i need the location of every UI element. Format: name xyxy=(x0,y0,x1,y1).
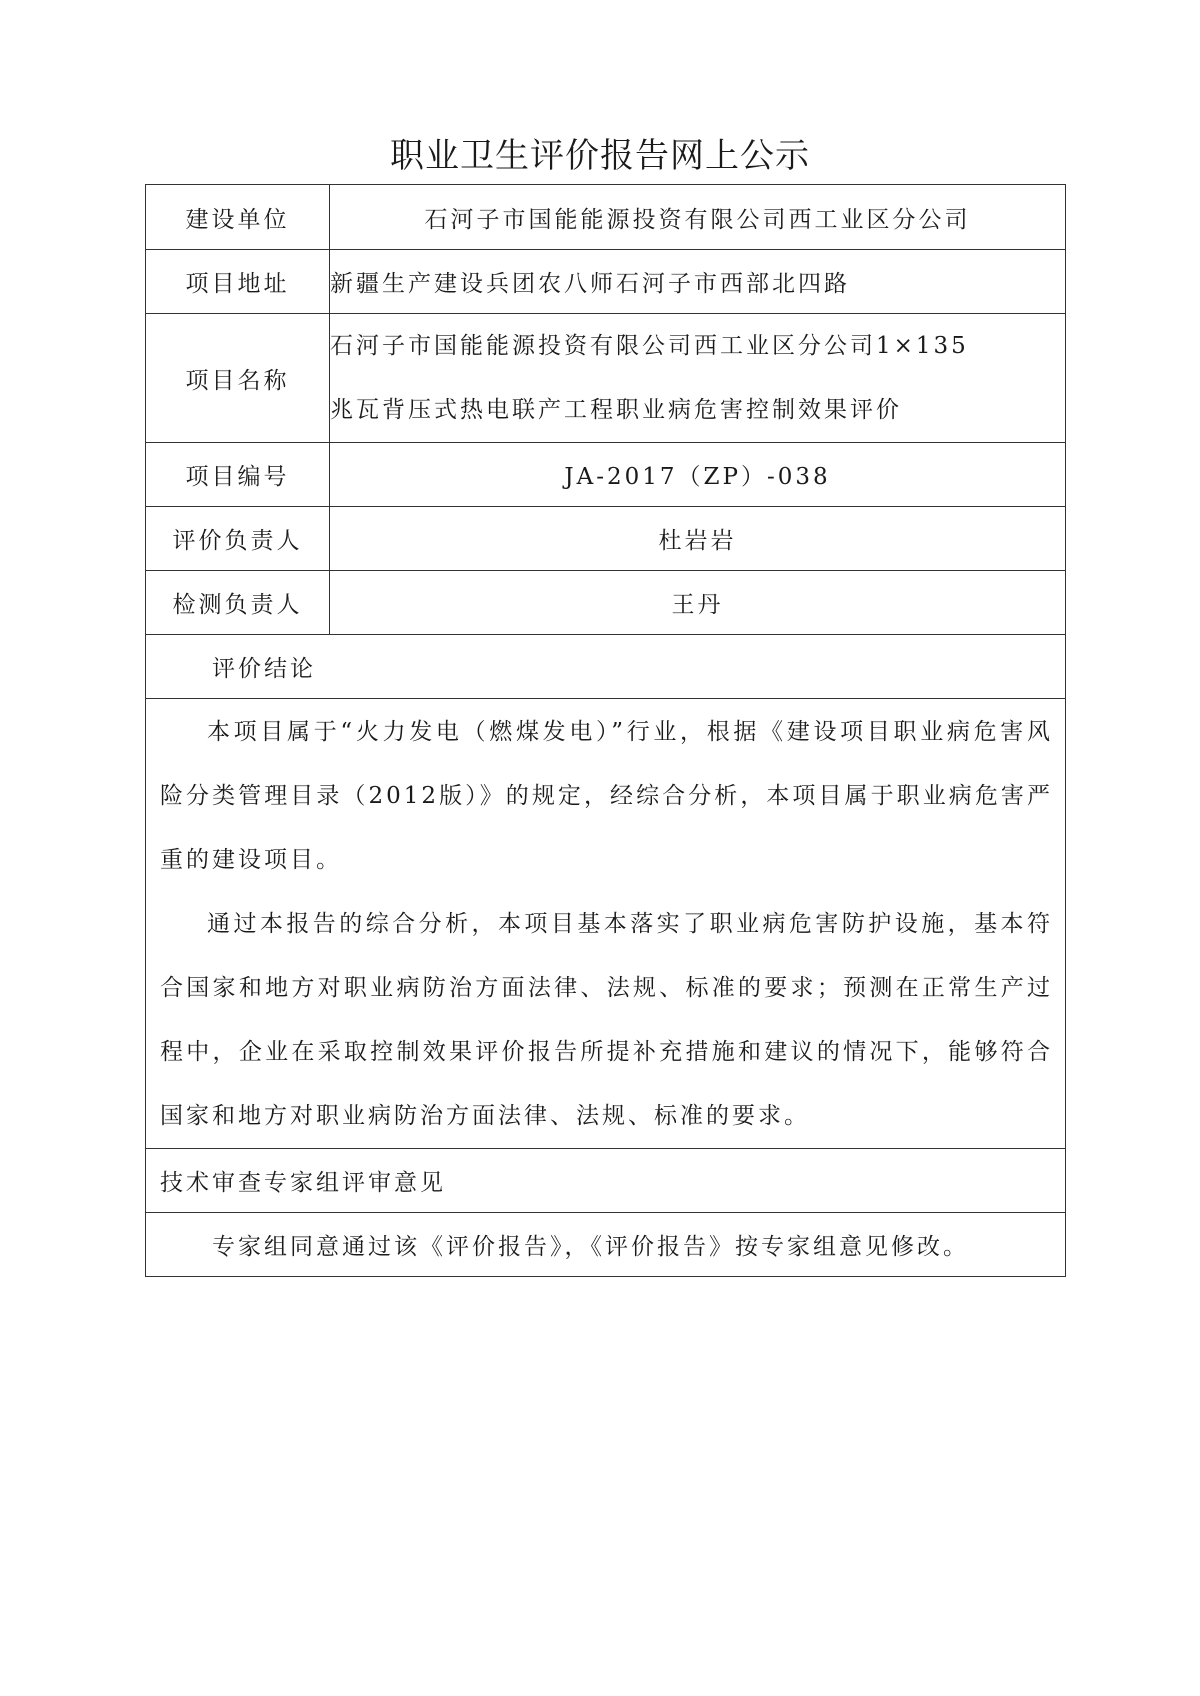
project-name-line-1: 石河子市国能能源投资有限公司西工业区分公司1×135 xyxy=(330,314,1065,378)
row-label: 项目名称 xyxy=(146,314,330,443)
table-row-project-number: 项目编号 JA-2017（ZP）-038 xyxy=(146,443,1066,507)
testing-lead-value: 王丹 xyxy=(330,571,1066,635)
project-name-line-2: 兆瓦背压式热电联产工程职业病危害控制效果评价 xyxy=(330,378,1065,442)
expert-review-heading: 技术审查专家组评审意见 xyxy=(146,1149,1066,1213)
construction-unit-value: 石河子市国能能源投资有限公司西工业区分公司 xyxy=(330,185,1066,250)
expert-review-text: 专家组同意通过该《评价报告》，《评价报告》按专家组意见修改。 xyxy=(146,1213,1066,1277)
table-row-conclusion-heading: 评价结论 xyxy=(146,635,1066,699)
disclosure-table: 建设单位 石河子市国能能源投资有限公司西工业区分公司 项目地址 新疆生产建设兵团… xyxy=(145,184,1066,1277)
row-label: 建设单位 xyxy=(146,185,330,250)
row-label: 项目编号 xyxy=(146,443,330,507)
table-row-expert-heading: 技术审查专家组评审意见 xyxy=(146,1149,1066,1213)
table-row-evaluation-lead: 评价负责人 杜岩岩 xyxy=(146,507,1066,571)
conclusion-body: 本项目属于“火力发电（燃煤发电）”行业，根据《建设项目职业病危害风险分类管理目录… xyxy=(146,699,1066,1149)
document-title: 职业卫生评价报告网上公示 xyxy=(0,128,1200,177)
table-row-project-name: 项目名称 石河子市国能能源投资有限公司西工业区分公司1×135 兆瓦背压式热电联… xyxy=(146,314,1066,443)
evaluation-lead-value: 杜岩岩 xyxy=(330,507,1066,571)
project-name-value: 石河子市国能能源投资有限公司西工业区分公司1×135 兆瓦背压式热电联产工程职业… xyxy=(330,314,1066,443)
table-row-project-address: 项目地址 新疆生产建设兵团农八师石河子市西部北四路 xyxy=(146,250,1066,314)
row-label: 检测负责人 xyxy=(146,571,330,635)
project-address-value: 新疆生产建设兵团农八师石河子市西部北四路 xyxy=(330,250,1066,314)
row-label: 评价负责人 xyxy=(146,507,330,571)
table-row-testing-lead: 检测负责人 王丹 xyxy=(146,571,1066,635)
conclusion-paragraph: 本项目属于“火力发电（燃煤发电）”行业，根据《建设项目职业病危害风险分类管理目录… xyxy=(146,700,1065,892)
table-row-construction-unit: 建设单位 石河子市国能能源投资有限公司西工业区分公司 xyxy=(146,185,1066,250)
table-row-conclusion-body: 本项目属于“火力发电（燃煤发电）”行业，根据《建设项目职业病危害风险分类管理目录… xyxy=(146,699,1066,1149)
conclusion-heading: 评价结论 xyxy=(146,635,1066,699)
row-label: 项目地址 xyxy=(146,250,330,314)
project-number-value: JA-2017（ZP）-038 xyxy=(330,443,1066,507)
conclusion-paragraph: 通过本报告的综合分析，本项目基本落实了职业病危害防护设施，基本符合国家和地方对职… xyxy=(146,892,1065,1148)
table-row-expert-text: 专家组同意通过该《评价报告》，《评价报告》按专家组意见修改。 xyxy=(146,1213,1066,1277)
